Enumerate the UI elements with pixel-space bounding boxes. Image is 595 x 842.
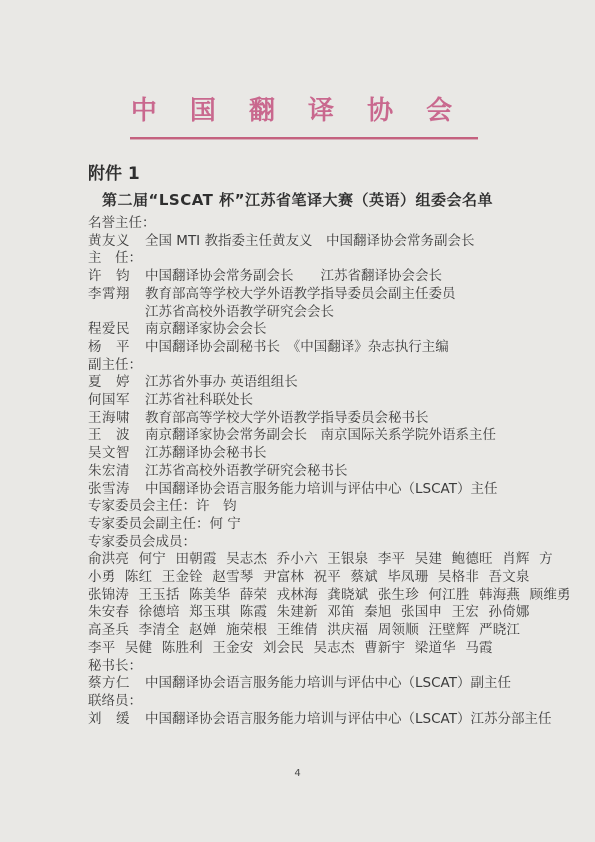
person-name: 黄友义 (88, 233, 145, 251)
person-name: 杨 平 (88, 339, 145, 357)
person-title: 江苏省高校外语教学研究会秘书长 (145, 463, 518, 481)
person-title: 江苏省外事办 英语组组长 (145, 374, 518, 392)
person-title: 江苏省高校外语教学研究会会长 (145, 304, 518, 322)
person-name: 吴文智 (88, 445, 145, 463)
person-title: 教育部高等学校大学外语教学指导委员会副主任委员 (145, 286, 518, 304)
committee-entry: 江苏省高校外语教学研究会会长 (88, 304, 518, 322)
person-title: 教育部高等学校大学外语教学指导委员会秘书长 (145, 410, 518, 428)
committee-entry: 王海啸教育部高等学校大学外语教学指导委员会秘书长 (88, 410, 518, 428)
committee-entry: 程爱民南京翻译家协会会长 (88, 321, 518, 339)
person-name: 朱宏清 (88, 463, 145, 481)
person-title: 中国翻译协会副秘书长 《中国翻译》杂志执行主编 (145, 339, 518, 357)
person-name: 蔡方仁 (88, 675, 145, 693)
committee-entry: 何国军江苏省社科联处长 (88, 392, 518, 410)
person-name: 何国军 (88, 392, 145, 410)
committee-entry: 朱宏清江苏省高校外语教学研究会秘书长 (88, 463, 518, 481)
section-heading: 专家委员会副主任：何 宁 (88, 516, 518, 534)
person-title: 江苏省社科联处长 (145, 392, 518, 410)
committee-entry: 蔡方仁中国翻译协会语言服务能力培训与评估中心（LSCAT）副主任 (88, 675, 518, 693)
scanned-document-page: { "page": { "background": "#e9e8e5", "ac… (0, 0, 595, 842)
committee-entry: 黄友义全国 MTI 教指委主任黄友义 中国翻译协会常务副会长 (88, 233, 518, 251)
person-title: 中国翻译协会语言服务能力培训与评估中心（LSCAT）副主任 (145, 675, 518, 693)
person-name: 张雪涛 (88, 481, 145, 499)
person-name: 王 波 (88, 427, 145, 445)
person-title: 江苏翻译协会秘书长 (145, 445, 518, 463)
section-heading: 副主任： (88, 357, 518, 375)
person-name: 王海啸 (88, 410, 145, 428)
committee-entry: 吴文智江苏翻译协会秘书长 (88, 445, 518, 463)
section-heading: 联络员： (88, 693, 518, 711)
committee-list: 名誉主任：黄友义全国 MTI 教指委主任黄友义 中国翻译协会常务副会长主 任：许… (88, 215, 518, 728)
members-line: 俞洪亮 何宁 田朝霞 吴志杰 乔小六 王银泉 李平 吴建 鲍德旺 肖辉 方 (88, 551, 518, 569)
person-title: 南京翻译家协会常务副会长 南京国际关系学院外语系主任 (145, 427, 518, 445)
members-line: 高圣兵 李清全 赵婵 施荣根 王维倩 洪庆福 周领顺 汪壁辉 严晓江 (88, 622, 518, 640)
section-heading: 主 任： (88, 250, 518, 268)
person-title: 全国 MTI 教指委主任黄友义 中国翻译协会常务副会长 (145, 233, 518, 251)
person-title: 中国翻译协会常务副会长 江苏省翻译协会会长 (145, 268, 518, 286)
header-divider-line (130, 137, 478, 139)
person-name: 程爱民 (88, 321, 145, 339)
person-name: 许 钧 (88, 268, 145, 286)
members-line: 小勇 陈红 王金铨 赵雪琴 尹富林 祝平 蔡斌 毕凤珊 吴格非 吾文泉 (88, 569, 518, 587)
committee-entry: 夏 婷江苏省外事办 英语组组长 (88, 374, 518, 392)
committee-entry: 刘 缓中国翻译协会语言服务能力培训与评估中心（LSCAT）江苏分部主任 (88, 711, 518, 729)
attachment-label: 附件 1 (88, 159, 140, 184)
page-number: 4 (0, 768, 595, 779)
section-heading: 专家委员会成员： (88, 534, 518, 552)
person-name (88, 304, 145, 322)
person-title: 中国翻译协会语言服务能力培训与评估中心（LSCAT）主任 (145, 481, 518, 499)
committee-entry: 王 波南京翻译家协会常务副会长 南京国际关系学院外语系主任 (88, 427, 518, 445)
members-line: 李平 吴健 陈胜利 王金安 刘会民 吴志杰 曹新宇 梁道华 马霞 (88, 640, 518, 658)
members-line: 张锦涛 王玉括 陈美华 薛荣 戎林海 龚晓斌 张生珍 何江胜 韩海燕 顾维勇 (88, 587, 518, 605)
person-title: 中国翻译协会语言服务能力培训与评估中心（LSCAT）江苏分部主任 (145, 711, 551, 729)
section-heading: 秘书长： (88, 658, 518, 676)
committee-entry: 张雪涛中国翻译协会语言服务能力培训与评估中心（LSCAT）主任 (88, 481, 518, 499)
page-title: 第二届“LSCAT 杯”江苏省笔译大赛（英语）组委会名单 (0, 189, 595, 210)
person-name: 刘 缓 (88, 711, 145, 729)
committee-entry: 许 钧中国翻译协会常务副会长 江苏省翻译协会会长 (88, 268, 518, 286)
organization-title: 中 国 翻 译 协 会 (0, 90, 595, 127)
committee-entry: 杨 平中国翻译协会副秘书长 《中国翻译》杂志执行主编 (88, 339, 518, 357)
section-heading: 专家委员会主任：许 钧 (88, 498, 518, 516)
person-name: 李霄翔 (88, 286, 145, 304)
members-line: 朱安春 徐德培 郑玉琪 陈霞 朱建新 邓笛 秦旭 张国申 王宏 孙倚娜 (88, 604, 518, 622)
person-name: 夏 婷 (88, 374, 145, 392)
section-heading: 名誉主任： (88, 215, 518, 233)
committee-entry: 李霄翔教育部高等学校大学外语教学指导委员会副主任委员 (88, 286, 518, 304)
person-title: 南京翻译家协会会长 (145, 321, 518, 339)
